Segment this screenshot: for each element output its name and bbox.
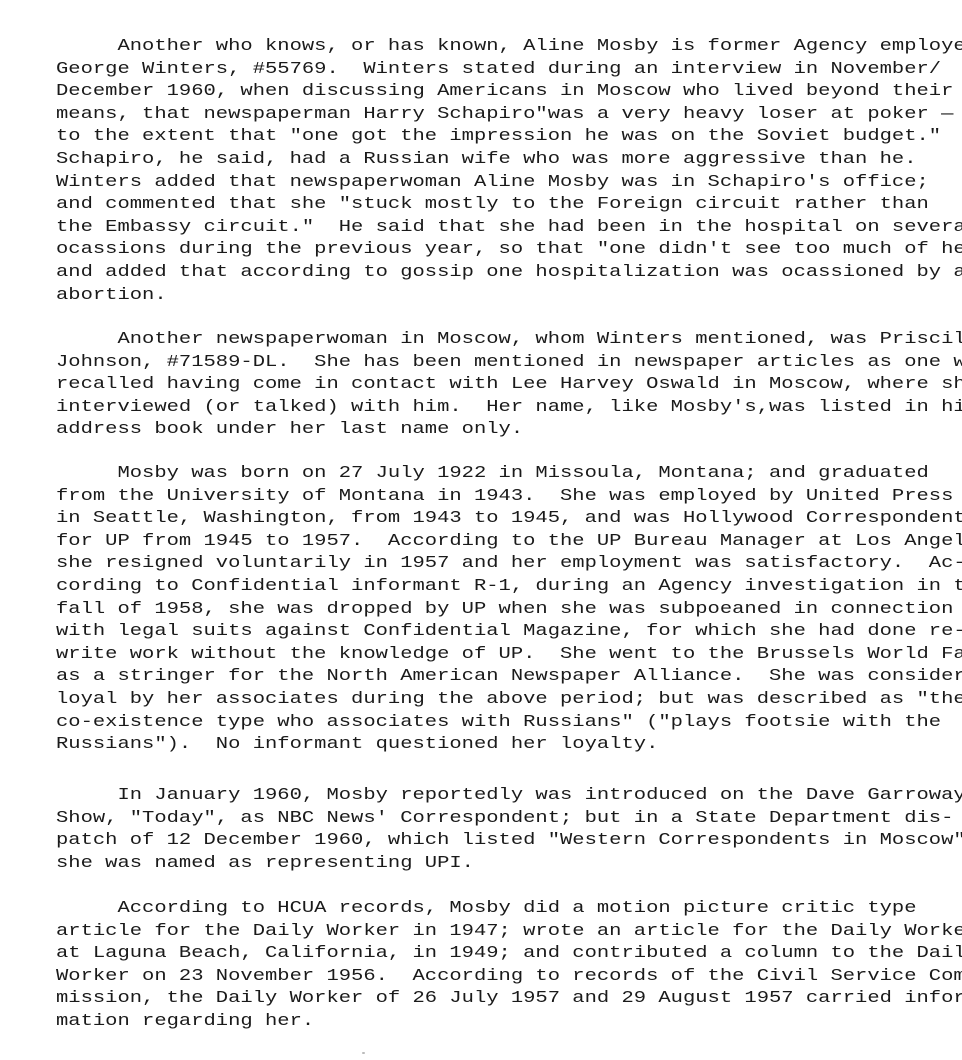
text-line: Johnson, #71589-DL. She has been mention…	[56, 352, 962, 375]
text-line: Another who knows, or has known, Aline M…	[56, 36, 962, 59]
scan-speck	[362, 1052, 365, 1054]
text-line: George Winters, #55769. Winters stated d…	[56, 59, 962, 82]
text-line: as a stringer for the North American New…	[56, 666, 962, 689]
text-line: Mosby was born on 27 July 1922 in Missou…	[56, 463, 962, 486]
text-line: In January 1960, Mosby reportedly was in…	[56, 785, 962, 808]
text-line: December 1960, when discussing Americans…	[56, 81, 962, 104]
paragraph-winters-statement: Another who knows, or has known, Aline M…	[56, 36, 956, 307]
text-line: from the University of Montana in 1943. …	[56, 486, 962, 509]
text-line: Winters added that newspaperwoman Aline …	[56, 172, 962, 195]
text-line: patch of 12 December 1960, which listed …	[56, 830, 962, 853]
text-line: address book under her last name only.	[56, 419, 962, 442]
text-line: abortion.	[56, 285, 962, 308]
text-line: Schapiro, he said, had a Russian wife wh…	[56, 149, 962, 172]
text-line: she was named as representing UPI.	[56, 853, 962, 876]
paragraph-priscilla-johnson: Another newspaperwoman in Moscow, whom W…	[56, 329, 956, 442]
text-line: write work without the knowledge of UP. …	[56, 644, 962, 667]
text-line: in Seattle, Washington, from 1943 to 194…	[56, 508, 962, 531]
text-line: co-existence type who associates with Ru…	[56, 712, 962, 735]
text-line: mission, the Daily Worker of 26 July 195…	[56, 988, 962, 1011]
paragraph-garroway-show: In January 1960, Mosby reportedly was in…	[56, 785, 956, 875]
text-line: Worker on 23 November 1956. According to…	[56, 966, 962, 989]
paragraph-mosby-biography: Mosby was born on 27 July 1922 in Missou…	[56, 463, 956, 757]
text-line: with legal suits against Confidential Ma…	[56, 621, 962, 644]
text-line: Show, "Today", as NBC News' Corresponden…	[56, 808, 962, 831]
text-line: loyal by her associates during the above…	[56, 689, 962, 712]
text-line: the Embassy circuit." He said that she h…	[56, 217, 962, 240]
text-line: she resigned voluntarily in 1957 and her…	[56, 553, 962, 576]
text-line: and commented that she "stuck mostly to …	[56, 194, 962, 217]
text-line: article for the Daily Worker in 1947; wr…	[56, 921, 962, 944]
text-line: Russians"). No informant questioned her …	[56, 734, 962, 757]
paragraph-hcua-records: According to HCUA records, Mosby did a m…	[56, 898, 956, 1034]
text-line: at Laguna Beach, California, in 1949; an…	[56, 943, 962, 966]
text-line: recalled having come in contact with Lee…	[56, 374, 962, 397]
text-line: interviewed (or talked) with him. Her na…	[56, 397, 962, 420]
text-line: means, that newspaperman Harry Schapiro"…	[56, 104, 962, 127]
text-line: to the extent that "one got the impressi…	[56, 126, 962, 149]
text-line: According to HCUA records, Mosby did a m…	[56, 898, 962, 921]
document-page: Another who knows, or has known, Aline M…	[0, 0, 962, 1060]
text-line: fall of 1958, she was dropped by UP when…	[56, 599, 962, 622]
text-line: and added that according to gossip one h…	[56, 262, 962, 285]
text-line: mation regarding her.	[56, 1011, 962, 1034]
text-line: ocassions during the previous year, so t…	[56, 239, 962, 262]
text-line: Another newspaperwoman in Moscow, whom W…	[56, 329, 962, 352]
text-line: for UP from 1945 to 1957. According to t…	[56, 531, 962, 554]
text-line: cording to Confidential informant R-1, d…	[56, 576, 962, 599]
